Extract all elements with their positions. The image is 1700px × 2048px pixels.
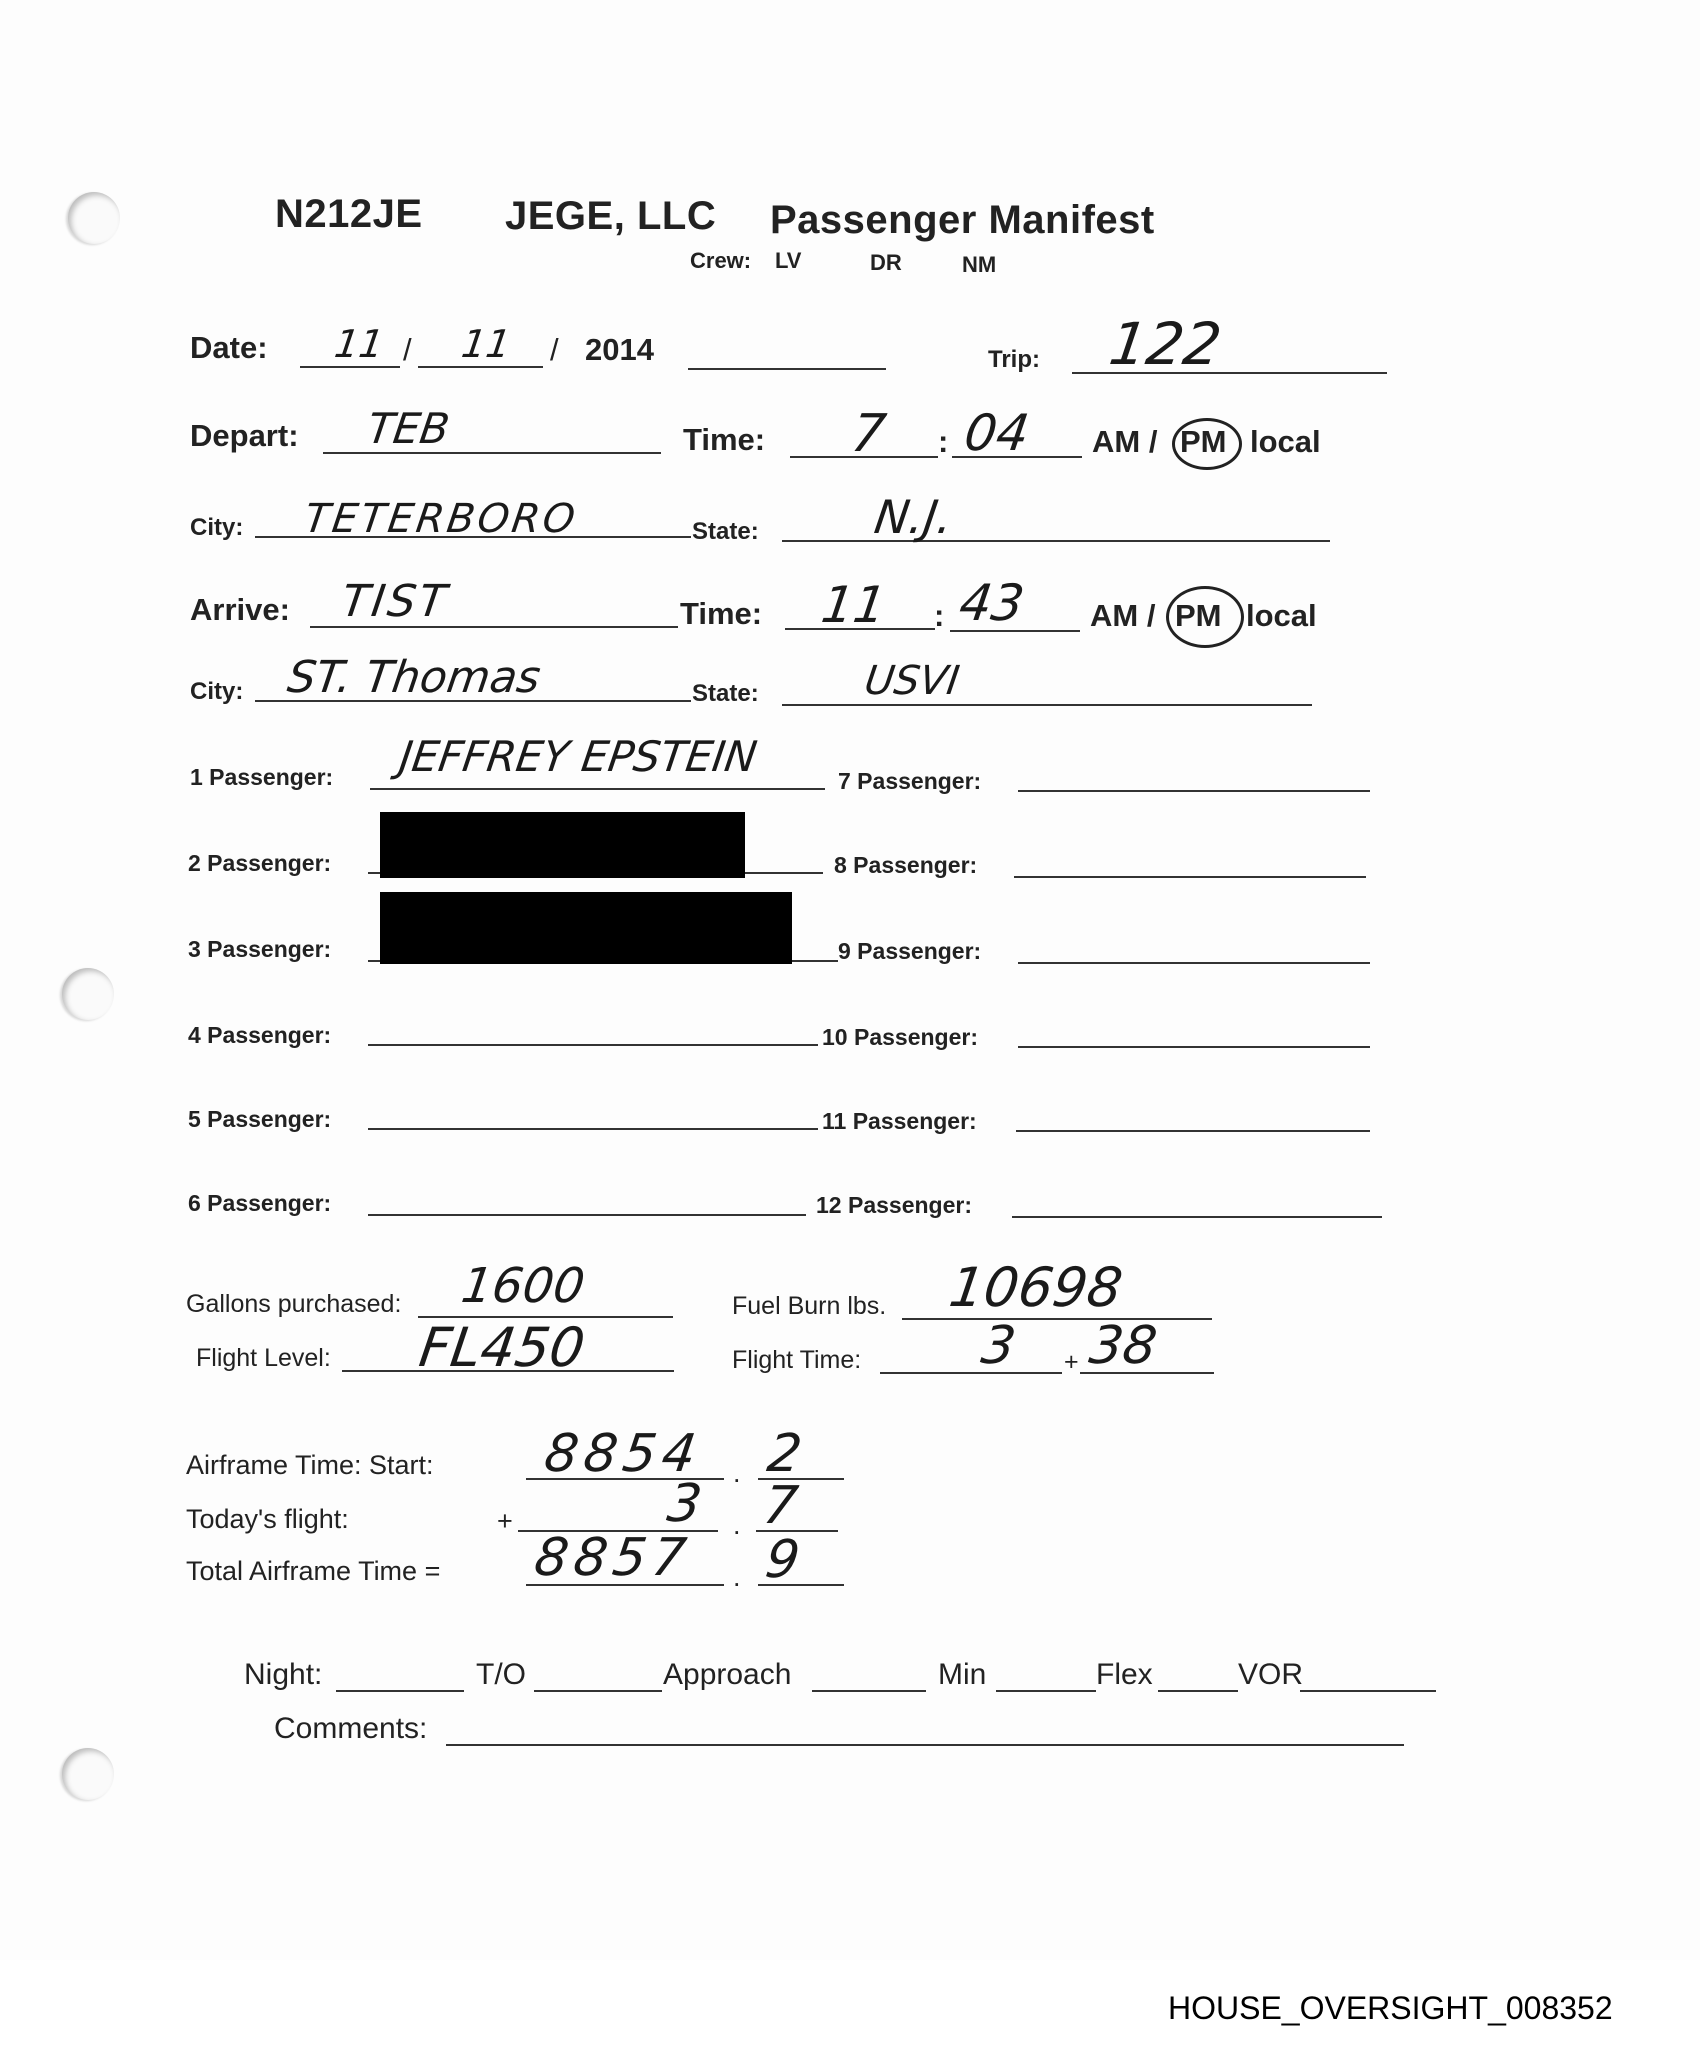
depart-hour-value[interactable]: 7 (848, 404, 890, 464)
crew-member: LV (775, 248, 801, 274)
date-month-line (300, 366, 400, 368)
min-line[interactable] (996, 1690, 1096, 1692)
passenger-1-value[interactable]: JEFFREY EPSTEIN (397, 732, 760, 781)
manifest-page: N212JE JEGE, LLC Passenger Manifest Crew… (0, 0, 1700, 1960)
flight-time-hours-line (880, 1372, 1062, 1374)
arrive-am-option[interactable]: AM / (1090, 598, 1155, 634)
airframe-start-label: Airframe Time: Start: (186, 1450, 434, 1481)
redaction-box (380, 892, 792, 964)
decimal-dot: . (733, 1510, 741, 1541)
arrive-airport-value[interactable]: TIST (338, 576, 452, 627)
passenger-11-label: 11 Passenger: (822, 1108, 977, 1135)
date-day-value[interactable]: 11 (459, 322, 514, 366)
passenger-9-label: 9 Passenger: (838, 938, 981, 965)
arrive-state-line (782, 704, 1312, 706)
date-separator: / (550, 332, 559, 368)
redaction-box (380, 812, 745, 878)
takeoff-line[interactable] (534, 1690, 662, 1692)
tail-number: N212JE (275, 192, 423, 237)
depart-time-label: Time: (683, 422, 765, 458)
crew-member: NM (962, 252, 996, 278)
arrive-time-label: Time: (680, 596, 762, 632)
passenger-3-label: 3 Passenger: (188, 936, 331, 963)
passenger-1-label: 1 Passenger: (190, 764, 333, 791)
passenger-10-line[interactable] (1018, 1046, 1370, 1048)
flight-time-label: Flight Time: (732, 1346, 861, 1375)
crew-label: Crew: (690, 248, 751, 274)
passenger-9-line[interactable] (1018, 962, 1370, 964)
total-airframe-whole-value[interactable]: 8857 (531, 1528, 696, 1588)
trip-value[interactable]: 122 (1105, 310, 1225, 378)
passenger-5-line[interactable] (368, 1128, 818, 1130)
flight-level-value[interactable]: FL450 (416, 1316, 589, 1379)
depart-am-option[interactable]: AM / (1092, 424, 1157, 460)
binder-hole-middle (62, 968, 114, 1020)
passenger-7-line[interactable] (1018, 790, 1370, 792)
passenger-2-label: 2 Passenger: (188, 850, 331, 877)
todays-flight-dec-value[interactable]: 7 (760, 1476, 802, 1536)
local-label: local (1246, 598, 1317, 634)
passenger-5-label: 5 Passenger: (188, 1106, 331, 1133)
vor-label: VOR (1238, 1658, 1303, 1692)
depart-city-label: City: (190, 514, 243, 542)
gallons-label: Gallons purchased: (186, 1290, 401, 1319)
date-label: Date: (190, 330, 268, 366)
night-line[interactable] (336, 1690, 464, 1692)
arrive-minute-value[interactable]: 43 (956, 574, 1028, 632)
crew-member: DR (870, 250, 902, 276)
flex-label: Flex (1096, 1658, 1153, 1692)
passenger-12-line[interactable] (1012, 1216, 1382, 1218)
passenger-4-label: 4 Passenger: (188, 1022, 331, 1049)
arrive-hour-value[interactable]: 11 (818, 576, 890, 634)
fuel-burn-value[interactable]: 10698 (946, 1256, 1127, 1319)
decimal-dot: . (733, 1562, 741, 1593)
decimal-dot: . (733, 1458, 741, 1489)
flight-level-label: Flight Level: (196, 1344, 331, 1373)
passenger-1-line (370, 788, 825, 790)
date-extra-line (688, 368, 886, 370)
bates-stamp: HOUSE_OVERSIGHT_008352 (1168, 1990, 1613, 2027)
arrive-city-label: City: (190, 678, 243, 706)
vor-line[interactable] (1300, 1690, 1436, 1692)
comments-line[interactable] (446, 1744, 1404, 1746)
date-separator: / (403, 332, 412, 368)
depart-minute-value[interactable]: 04 (961, 404, 1033, 462)
flight-time-plus: + (1064, 1348, 1079, 1377)
passenger-4-line[interactable] (368, 1044, 818, 1046)
time-colon: : (938, 424, 948, 460)
flight-time-hours-value[interactable]: 3 (978, 1316, 1020, 1376)
total-airframe-dec-value[interactable]: 9 (762, 1530, 804, 1590)
airframe-plus: + (497, 1506, 513, 1537)
form-title: Passenger Manifest (770, 198, 1155, 243)
depart-airport-value[interactable]: TEB (365, 404, 453, 453)
comments-label: Comments: (274, 1712, 427, 1746)
arrive-state-label: State: (692, 680, 759, 708)
arrive-label: Arrive: (190, 592, 290, 628)
fuel-burn-label: Fuel Burn lbs. (732, 1292, 886, 1321)
passenger-8-label: 8 Passenger: (834, 852, 977, 879)
arrive-city-value[interactable]: ST. Thomas (284, 652, 543, 703)
passenger-8-line[interactable] (1014, 876, 1366, 878)
binder-hole-bottom (62, 1748, 114, 1800)
night-label: Night: (244, 1658, 322, 1692)
company-name: JEGE, LLC (505, 194, 716, 239)
date-year: 2014 (585, 332, 654, 368)
passenger-6-label: 6 Passenger: (188, 1190, 331, 1217)
approach-label: Approach (663, 1658, 791, 1692)
gallons-value[interactable]: 1600 (458, 1258, 588, 1314)
pm-selected-circle (1172, 418, 1242, 470)
depart-state-line (782, 540, 1330, 542)
approach-line[interactable] (812, 1690, 926, 1692)
depart-state-label: State: (692, 518, 759, 546)
depart-label: Depart: (190, 418, 299, 454)
flight-time-minutes-value[interactable]: 38 (1086, 1316, 1161, 1376)
trip-label: Trip: (988, 346, 1040, 374)
total-airframe-label: Total Airframe Time = (186, 1556, 440, 1587)
todays-flight-whole-value[interactable]: 3 (664, 1474, 706, 1534)
takeoff-label: T/O (476, 1658, 526, 1692)
depart-state-value[interactable]: N.J. (871, 490, 956, 544)
todays-flight-label: Today's flight: (186, 1504, 349, 1535)
passenger-10-label: 10 Passenger: (822, 1024, 978, 1051)
flex-line[interactable] (1158, 1690, 1238, 1692)
passenger-12-label: 12 Passenger: (816, 1192, 972, 1219)
arrive-state-value[interactable]: USVI (862, 658, 962, 704)
date-day-line (418, 366, 543, 368)
passenger-6-line[interactable] (368, 1214, 806, 1216)
local-label: local (1250, 424, 1321, 460)
passenger-11-line[interactable] (1016, 1130, 1370, 1132)
depart-city-value[interactable]: TETERBORO (302, 496, 581, 542)
binder-hole-top (68, 192, 120, 244)
min-label: Min (938, 1658, 986, 1692)
time-colon: : (934, 598, 944, 634)
date-month-value[interactable]: 11 (332, 322, 387, 366)
pm-selected-circle (1166, 586, 1244, 648)
passenger-7-label: 7 Passenger: (838, 768, 981, 795)
airframe-start-dec-value[interactable]: 2 (764, 1424, 806, 1484)
